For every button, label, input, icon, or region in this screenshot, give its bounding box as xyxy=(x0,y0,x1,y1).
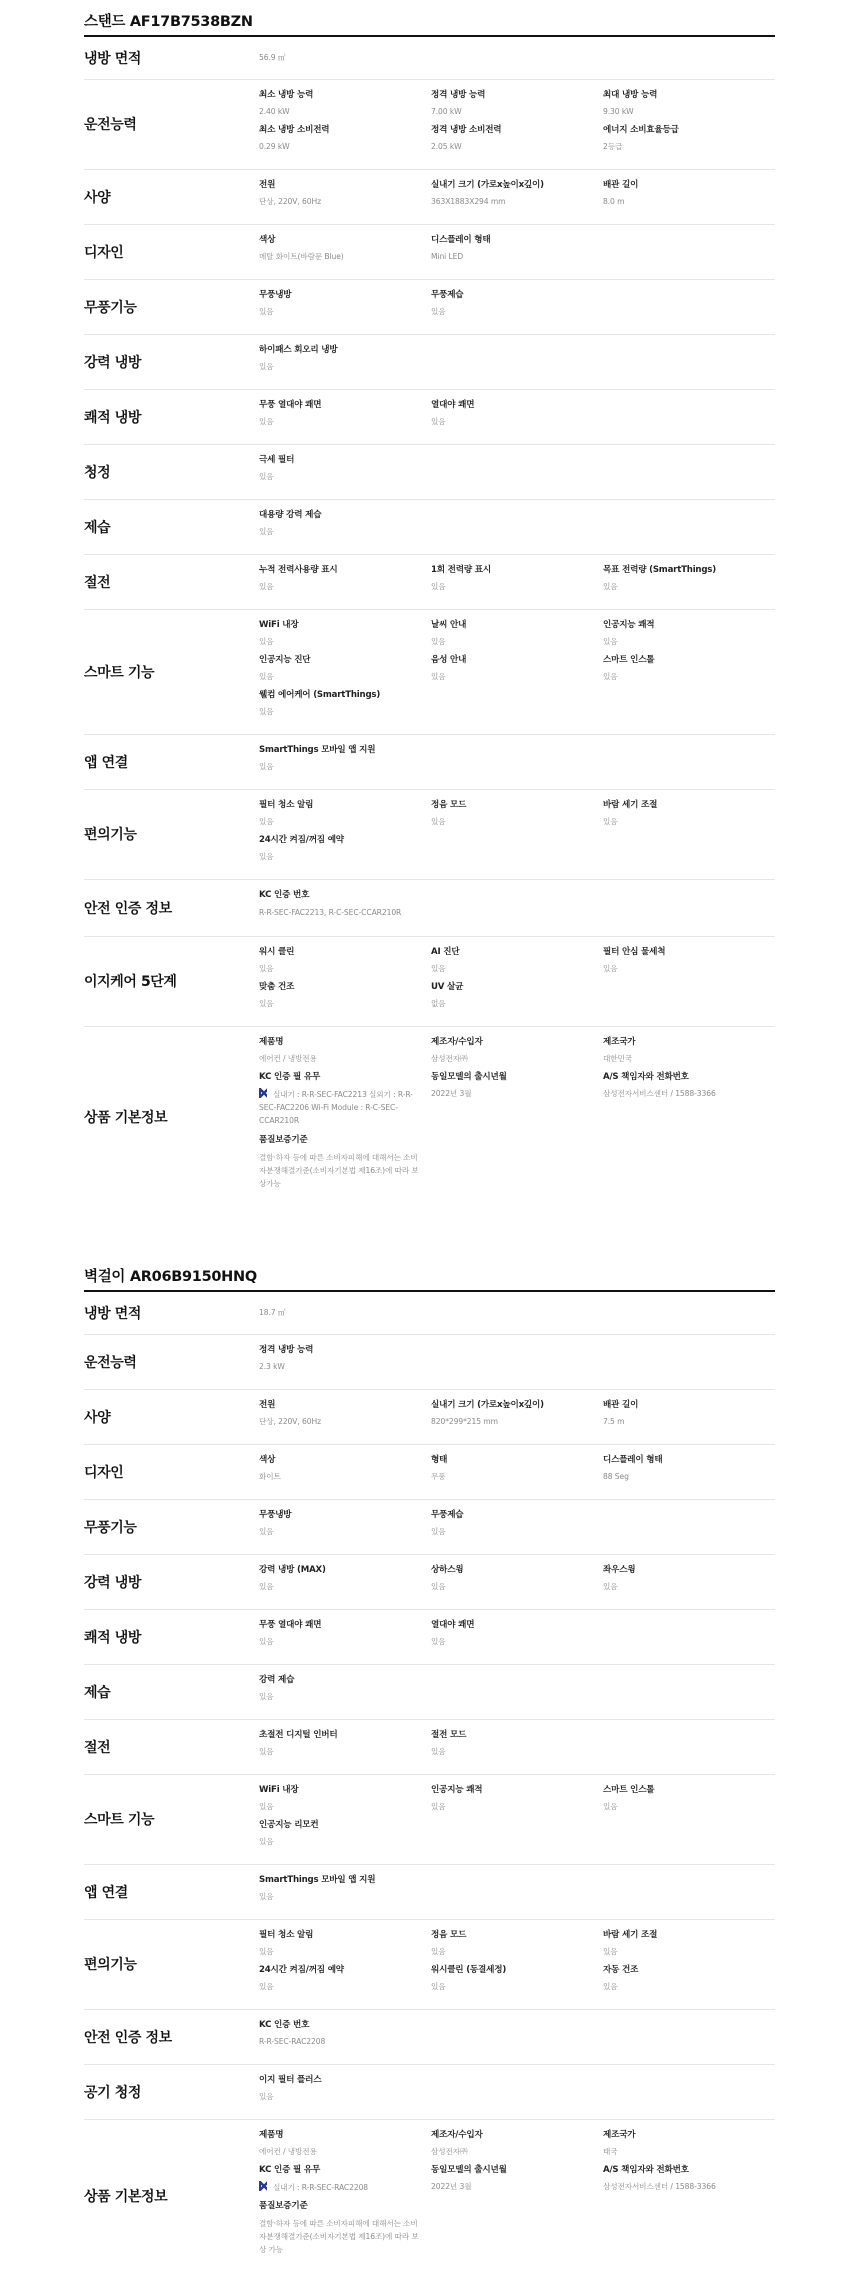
spec-item: A/S 책임자와 전화번호삼성전자서비스센터 / 1588-3366 xyxy=(603,1071,775,1134)
spec-item-value-wrap: 있음 xyxy=(259,706,423,717)
spec-item-label: 필터 청소 알림 xyxy=(259,799,423,811)
spec-item: KC 인증 번호R-R-SEC-RAC2208 xyxy=(259,2019,431,2054)
spec-item-value: 9.30 kW xyxy=(603,107,634,116)
spec-item-label: 실내기 크기 (가로x높이x깊이) xyxy=(431,1399,595,1411)
spec-item-value: 결함·하자 등에 따른 소비자피해에 대해서는 소비자분쟁해결기준(소비자기본법… xyxy=(259,2219,419,2254)
spec-category: 편의기능 xyxy=(84,824,259,844)
spec-row: 강력 냉방강력 냉방 (MAX)있음상하스윙있음좌우스윙있음 xyxy=(84,1555,775,1610)
spec-items: 전원단상, 220V, 60Hz실내기 크기 (가로x높이x깊이)363X188… xyxy=(259,179,775,214)
spec-item-value: 있음 xyxy=(259,672,273,681)
spec-item-value-wrap: 있음 xyxy=(431,581,595,592)
spec-item-value: 실내기 : R-R-SEC-FAC2213 실외기 : R-R-SEC-FAC2… xyxy=(259,1090,413,1125)
spec-item-label: 무풍냉방 xyxy=(259,289,423,301)
spec-item-label: 무풍제습 xyxy=(431,289,595,301)
spec-item-value: 있음 xyxy=(603,637,617,646)
product-title: 벽걸이 AR06B9150HNQ xyxy=(84,1255,775,1292)
spec-item-value: 88 Seg xyxy=(603,1472,629,1481)
spec-item-value-wrap: 있음 xyxy=(259,1946,423,1957)
spec-item-label: 필터 청소 알림 xyxy=(259,1929,423,1941)
spec-item: 최대 냉방 능력9.30 kW xyxy=(603,89,775,124)
spec-item-label: 정격 냉방 능력 xyxy=(431,89,595,101)
spec-item-label: 대용량 강력 제습 xyxy=(259,509,423,521)
spec-row: 사양전원단상, 220V, 60Hz실내기 크기 (가로x높이x깊이)820*2… xyxy=(84,1390,775,1445)
spec-category: 절전 xyxy=(84,1737,259,1757)
spec-category: 제습 xyxy=(84,1682,259,1702)
spec-item-label: 스마트 인스톨 xyxy=(603,1784,767,1796)
spec-category: 공기 청정 xyxy=(84,2082,259,2102)
spec-item: 무풍제습있음 xyxy=(431,289,603,324)
spec-item-value-wrap: 있음 xyxy=(431,1946,595,1957)
spec-item-label: 최소 냉방 능력 xyxy=(259,89,423,101)
spec-item-label: 최소 냉방 소비전력 xyxy=(259,124,423,136)
spec-item-label: 무풍 열대야 쾌면 xyxy=(259,399,423,411)
spec-item-label: 제품명 xyxy=(259,2129,423,2141)
spec-item-value-wrap: 0.29 kW xyxy=(259,141,423,152)
spec-item: 최소 냉방 능력2.40 kW xyxy=(259,89,431,124)
spec-item-label: 디스플레이 형태 xyxy=(431,234,595,246)
spec-items: 색상메탈 화이트(바람문 Blue)디스플레이 형태Mini LED xyxy=(259,234,775,269)
spec-item-value-wrap: 2등급 xyxy=(603,141,767,152)
spec-items: 56.9 ㎡ xyxy=(259,46,775,69)
spec-item-label: 무풍제습 xyxy=(431,1509,595,1521)
spec-item-label: 무풍냉방 xyxy=(259,1509,423,1521)
spec-row: 청정극세 필터있음 xyxy=(84,445,775,500)
spec-row: 디자인색상메탈 화이트(바람문 Blue)디스플레이 형태Mini LED xyxy=(84,225,775,280)
spec-item: 제조자/수입자삼성전자㈜ xyxy=(431,2129,603,2164)
spec-item-label: 무풍 열대야 쾌면 xyxy=(259,1619,423,1631)
spec-row: 사양전원단상, 220V, 60Hz실내기 크기 (가로x높이x깊이)363X1… xyxy=(84,170,775,225)
spec-item-value: 있음 xyxy=(259,417,273,426)
spec-item-label: 워시 클린 xyxy=(259,946,423,958)
spec-item-value-wrap: 88 Seg xyxy=(603,1471,767,1482)
spec-row: 냉방 면적18.7 ㎡ xyxy=(84,1292,775,1335)
spec-row: 쾌적 냉방무풍 열대야 쾌면있음열대야 쾌면있음 xyxy=(84,1610,775,1665)
spec-item-value-wrap: 있음 xyxy=(259,471,423,482)
spec-item-value: 있음 xyxy=(603,1982,617,1991)
spec-item-label: KC 인증 번호 xyxy=(259,889,423,901)
spec-item: 배관 길이7.5 m xyxy=(603,1399,775,1434)
spec-category: 디자인 xyxy=(84,242,259,262)
spec-items: 전원단상, 220V, 60Hz실내기 크기 (가로x높이x깊이)820*299… xyxy=(259,1399,775,1434)
spec-category: 냉방 면적 xyxy=(84,1303,259,1323)
spec-row: 강력 냉방하이패스 회오리 냉방있음 xyxy=(84,335,775,390)
spec-item-value-wrap: 있음 xyxy=(603,636,767,647)
spec-item-label: 정음 모드 xyxy=(431,1929,595,1941)
spec-item-value-wrap: 있음 xyxy=(259,1891,423,1902)
spec-item-value-wrap: 에어컨 / 냉방전용 xyxy=(259,2146,423,2157)
spec-item-label: 인공지능 쾌적 xyxy=(603,619,767,631)
spec-item: 좌우스윙있음 xyxy=(603,1564,775,1599)
spec-item: 실내기 크기 (가로x높이x깊이)820*299*215 mm xyxy=(431,1399,603,1434)
spec-item-value: 2.3 kW xyxy=(259,1362,285,1371)
spec-item-value: 있음 xyxy=(259,1982,273,1991)
spec-item: WiFi 내장있음 xyxy=(259,619,431,654)
spec-item: 인공지능 쾌적있음 xyxy=(431,1784,603,1819)
spec-item-value-wrap: 있음 xyxy=(259,998,423,1009)
spec-item: 극세 필터있음 xyxy=(259,454,431,489)
spec-item-value: 삼성전자서비스센터 / 1588-3366 xyxy=(603,2182,716,2191)
spec-item: 음성 안내있음 xyxy=(431,654,603,689)
spec-item: 인공지능 쾌적있음 xyxy=(603,619,775,654)
spec-item-value: 있음 xyxy=(603,1582,617,1591)
spec-item-value-wrap: 삼성전자㈜ xyxy=(431,2146,595,2157)
spec-item-value: 있음 xyxy=(431,1637,445,1646)
spec-category: 운전능력 xyxy=(84,114,259,134)
spec-item-value: 있음 xyxy=(431,1582,445,1591)
spec-item-value: 있음 xyxy=(259,852,273,861)
spec-item-label: 바람 세기 조절 xyxy=(603,799,767,811)
spec-item: 무풍 열대야 쾌면있음 xyxy=(259,1619,431,1654)
spec-item-value-wrap: 있음 xyxy=(603,963,767,974)
spec-item-label: 강력 제습 xyxy=(259,1674,423,1686)
spec-items: 대용량 강력 제습있음 xyxy=(259,509,775,544)
spec-item: 정음 모드있음 xyxy=(431,799,603,834)
spec-item-value: 8.0 m xyxy=(603,197,624,206)
spec-item-value-wrap: 삼성전자서비스센터 / 1588-3366 xyxy=(603,2181,767,2192)
spec-item-value-wrap: 있음 xyxy=(431,671,595,682)
spec-item: 바람 세기 조절있음 xyxy=(603,799,775,834)
spec-items: KC 인증 번호R-R-SEC-FAC2213, R-C-SEC-CCAR210… xyxy=(259,889,775,926)
spec-item-value-wrap: 결함·하자 등에 따른 소비자피해에 대해서는 소비자분쟁해결기준(소비자기본법… xyxy=(259,2217,423,2256)
spec-item: 실내기 크기 (가로x높이x깊이)363X1883X294 mm xyxy=(431,179,603,214)
spec-item-label: KC 인증 필 유무 xyxy=(259,1071,423,1083)
spec-item-label: A/S 책임자와 전화번호 xyxy=(603,2164,767,2176)
spec-item-label: 필터 안심 물세척 xyxy=(603,946,767,958)
spec-item: 최소 냉방 소비전력0.29 kW xyxy=(259,124,431,159)
spec-category: 안전 인증 정보 xyxy=(84,2027,259,2047)
spec-item-value-wrap: 있음 xyxy=(431,416,595,427)
spec-item-value: 있음 xyxy=(259,637,273,646)
spec-item-value-wrap: 2.40 kW xyxy=(259,106,423,117)
spec-row: 편의기능필터 청소 알림있음정음 모드있음바람 세기 조절있음24시간 켜짐/꺼… xyxy=(84,1920,775,2010)
spec-item-label: 맞춤 건조 xyxy=(259,981,423,993)
spec-item-value-wrap: 있음 xyxy=(603,1581,767,1592)
spec-item-value: 7.5 m xyxy=(603,1417,624,1426)
spec-category: 냉방 면적 xyxy=(84,48,259,68)
spec-item-label: 바람 세기 조절 xyxy=(603,1929,767,1941)
spec-items: 18.7 ㎡ xyxy=(259,1301,775,1324)
spec-items: 워시 클린있음AI 진단있음필터 안심 물세척있음맞춤 건조있음UV 살균없음 xyxy=(259,946,775,1016)
spec-row: 제습대용량 강력 제습있음 xyxy=(84,500,775,555)
spec-row: 무풍기능무풍냉방있음무풍제습있음 xyxy=(84,280,775,335)
spec-item-value-wrap: 없음 xyxy=(431,998,595,1009)
spec-value: 56.9 ㎡ xyxy=(259,52,285,63)
spec-item: 초절전 디지털 인버터있음 xyxy=(259,1729,431,1764)
spec-item: 상하스윙있음 xyxy=(431,1564,603,1599)
spec-item-label: 자동 건조 xyxy=(603,1964,767,1976)
spec-category: 이지케어 5단계 xyxy=(84,971,259,991)
spec-item-label: 인공지능 리모컨 xyxy=(259,1819,423,1831)
spec-category: 쾌적 냉방 xyxy=(84,1627,259,1647)
spec-item: 동일모델의 출시년월2022년 3월 xyxy=(431,1071,603,1134)
spec-item-value: 있음 xyxy=(259,1692,273,1701)
spec-item-value: 있음 xyxy=(603,964,617,973)
spec-item-value: 있음 xyxy=(431,672,445,681)
spec-item-value-wrap: 있음 xyxy=(259,1691,423,1702)
spec-category: 청정 xyxy=(84,462,259,482)
spec-item-value-wrap: 2.3 kW xyxy=(259,1361,423,1372)
spec-item-label: 워시클린 (동결세정) xyxy=(431,1964,595,1976)
spec-row: 안전 인증 정보KC 인증 번호R-R-SEC-FAC2213, R-C-SEC… xyxy=(84,880,775,937)
spec-item-value-wrap: 2022년 3월 xyxy=(431,1088,595,1099)
spec-item-value-wrap: 메탈 화이트(바람문 Blue) xyxy=(259,251,423,262)
spec-row: 스마트 기능WiFi 내장있음인공지능 쾌적있음스마트 인스톨있음인공지능 리모… xyxy=(84,1775,775,1865)
spec-item-value-wrap: 있음 xyxy=(259,761,423,772)
spec-item-value-wrap: 있음 xyxy=(259,526,423,537)
spec-item-value-wrap: 있음 xyxy=(259,1801,423,1812)
spec-item-value-wrap: 있음 xyxy=(431,306,595,317)
spec-items: 누적 전력사용량 표시있음1회 전력량 표시있음목표 전력량 (SmartThi… xyxy=(259,564,775,599)
spec-row: 편의기능필터 청소 알림있음정음 모드있음바람 세기 조절있음24시간 켜짐/꺼… xyxy=(84,790,775,880)
spec-item-value: 있음 xyxy=(259,362,273,371)
spec-item-value-wrap: 363X1883X294 mm xyxy=(431,196,595,207)
spec-item: 품질보증기준결함·하자 등에 따른 소비자피해에 대해서는 소비자분쟁해결기준(… xyxy=(259,2200,431,2263)
spec-item: 절전 모드있음 xyxy=(431,1729,603,1764)
spec-category: 안전 인증 정보 xyxy=(84,898,259,918)
spec-item: 열대야 쾌면있음 xyxy=(431,399,603,434)
spec-item-value-wrap: 단상, 220V, 60Hz xyxy=(259,1416,423,1427)
spec-item: 필터 안심 물세척있음 xyxy=(603,946,775,981)
spec-category: 운전능력 xyxy=(84,1352,259,1372)
spec-item-value-wrap: 있음 xyxy=(259,1981,423,1992)
spec-item-label: 제조자/수입자 xyxy=(431,1036,595,1048)
spec-item: 스마트 인스톨있음 xyxy=(603,1784,775,1819)
spec-item: 이지 필터 플러스있음 xyxy=(259,2074,431,2109)
spec-items: 무풍 열대야 쾌면있음열대야 쾌면있음 xyxy=(259,399,775,434)
spec-item: 하이패스 회오리 냉방있음 xyxy=(259,344,431,379)
spec-items: SmartThings 모바일 앱 지원있음 xyxy=(259,1874,775,1909)
spec-item-label: 초절전 디지털 인버터 xyxy=(259,1729,423,1741)
spec-item-value: 있음 xyxy=(259,307,273,316)
spec-item-value-wrap: 있음 xyxy=(259,636,423,647)
spec-item-label: 정격 냉방 능력 xyxy=(259,1344,423,1356)
spec-item-value: 있음 xyxy=(259,1527,273,1536)
spec-item: 제조국가태국 xyxy=(603,2129,775,2164)
spec-item-label: 정음 모드 xyxy=(431,799,595,811)
spec-items: 무풍 열대야 쾌면있음열대야 쾌면있음 xyxy=(259,1619,775,1654)
spec-item-value: 2.40 kW xyxy=(259,107,290,116)
spec-row: 안전 인증 정보KC 인증 번호R-R-SEC-RAC2208 xyxy=(84,2010,775,2065)
spec-item-value: 있음 xyxy=(603,1802,617,1811)
spec-item-value: 있음 xyxy=(259,2092,273,2101)
spec-row: 스마트 기능WiFi 내장있음날씨 안내있음인공지능 쾌적있음인공지능 진단있음… xyxy=(84,610,775,735)
spec-item: KC 인증 번호R-R-SEC-FAC2213, R-C-SEC-CCAR210… xyxy=(259,889,431,926)
spec-item-label: 목표 전력량 (SmartThings) xyxy=(603,564,767,576)
spec-item-label: WiFi 내장 xyxy=(259,1784,423,1796)
spec-item-value: R-R-SEC-FAC2213, R-C-SEC-CCAR210R xyxy=(259,908,401,917)
spec-item-label: 음성 안내 xyxy=(431,654,595,666)
spec-item-value-wrap: 있음 xyxy=(603,671,767,682)
spec-category: 상품 기본정보 xyxy=(84,1107,259,1127)
spec-item-value: 있음 xyxy=(431,1747,445,1756)
spec-item-value-wrap: 820*299*215 mm xyxy=(431,1416,595,1427)
spec-item-value-wrap: 있음 xyxy=(259,1636,423,1647)
spec-item-value-wrap: 있음 xyxy=(259,1581,423,1592)
spec-item-value-wrap: R-R-SEC-FAC2213, R-C-SEC-CCAR210R xyxy=(259,906,423,919)
spec-item-value-wrap: 있음 xyxy=(431,1581,595,1592)
spec-item: 1회 전력량 표시있음 xyxy=(431,564,603,599)
spec-item-value: 있음 xyxy=(259,1802,273,1811)
spec-items: 극세 필터있음 xyxy=(259,454,775,489)
spec-item-label: 강력 냉방 (MAX) xyxy=(259,1564,423,1576)
spec-item-label: 24시간 켜짐/꺼짐 예약 xyxy=(259,1964,423,1976)
spec-category: 사양 xyxy=(84,187,259,207)
spec-item: 누적 전력사용량 표시있음 xyxy=(259,564,431,599)
spec-item-label: KC 인증 필 유무 xyxy=(259,2164,423,2176)
spec-item-value-wrap: 삼성전자서비스센터 / 1588-3366 xyxy=(603,1088,767,1099)
spec-category: 스마트 기능 xyxy=(84,1809,259,1829)
spec-item: 워시클린 (동결세정)있음 xyxy=(431,1964,603,1999)
spec-item-value: 있음 xyxy=(259,1892,273,1901)
spec-item-value-wrap: 있음 xyxy=(259,416,423,427)
spec-category: 디자인 xyxy=(84,1462,259,1482)
spec-item-value: 있음 xyxy=(431,1802,445,1811)
spec-item-value: 있음 xyxy=(259,582,273,591)
spec-item-value: 있음 xyxy=(259,964,273,973)
spec-item: 색상화이트 xyxy=(259,1454,431,1489)
spec-item-label: 동일모델의 출시년월 xyxy=(431,2164,595,2176)
spec-item: 강력 냉방 (MAX)있음 xyxy=(259,1564,431,1599)
spec-item-value: 있음 xyxy=(259,707,273,716)
spec-item-value-wrap: 있음 xyxy=(431,1801,595,1812)
spec-item-value-wrap: 결함·하자 등에 따른 소비자피해에 대해서는 소비자분쟁해결기준(소비자기본법… xyxy=(259,1151,423,1190)
spec-item-value: 있음 xyxy=(431,582,445,591)
spec-category: 앱 연결 xyxy=(84,752,259,772)
spec-item-value-wrap: Mini LED xyxy=(431,251,595,262)
spec-item-label: UV 살균 xyxy=(431,981,595,993)
spec-value: 18.7 ㎡ xyxy=(259,1307,285,1318)
kc-mark-icon xyxy=(259,2181,267,2191)
spec-item-value-wrap: 있음 xyxy=(431,1981,595,1992)
spec-item-label: 스마트 인스톨 xyxy=(603,654,767,666)
spec-item-label: AI 진단 xyxy=(431,946,595,958)
spec-item-value: 있음 xyxy=(259,472,273,481)
spec-item-label: 전원 xyxy=(259,1399,423,1411)
spec-item: 대용량 강력 제습있음 xyxy=(259,509,431,544)
spec-item-label: 실내기 크기 (가로x높이x깊이) xyxy=(431,179,595,191)
spec-item-value-wrap: 있음 xyxy=(603,1946,767,1957)
spec-item-value: 태국 xyxy=(603,2147,617,2156)
spec-item-value: 있음 xyxy=(259,1947,273,1956)
spec-item-value-wrap: 있음 xyxy=(603,581,767,592)
spec-row: 이지케어 5단계워시 클린있음AI 진단있음필터 안심 물세척있음맞춤 건조있음… xyxy=(84,937,775,1027)
spec-item-value: 결함·하자 등에 따른 소비자피해에 대해서는 소비자분쟁해결기준(소비자기본법… xyxy=(259,1153,419,1188)
spec-item: 날씨 안내있음 xyxy=(431,619,603,654)
spec-item: 배관 길이8.0 m xyxy=(603,179,775,214)
spec-item-value: 있음 xyxy=(431,307,445,316)
spec-item-value-wrap: 있음 xyxy=(431,963,595,974)
spec-item-value-wrap: 실내기 : R-R-SEC-RAC2208 xyxy=(259,2181,423,2193)
spec-category: 편의기능 xyxy=(84,1954,259,1974)
spec-item: 디스플레이 형태Mini LED xyxy=(431,234,603,269)
spec-item-value: 2등급 xyxy=(603,142,622,151)
product-spec-section: 스탠드 AF17B7538BZN냉방 면적56.9 ㎡운전능력최소 냉방 능력2… xyxy=(84,0,775,1207)
spec-items: WiFi 내장있음날씨 안내있음인공지능 쾌적있음인공지능 진단있음음성 안내있… xyxy=(259,619,775,724)
spec-row: 무풍기능무풍냉방있음무풍제습있음 xyxy=(84,1500,775,1555)
spec-item-value: 있음 xyxy=(431,637,445,646)
spec-items: 무풍냉방있음무풍제습있음 xyxy=(259,289,775,324)
spec-item-value: 에어컨 / 냉방전용 xyxy=(259,1054,317,1063)
spec-items: SmartThings 모바일 앱 지원있음 xyxy=(259,744,775,779)
spec-item-label: 제조국가 xyxy=(603,2129,767,2141)
spec-row: 절전초절전 디지털 인버터있음절전 모드있음 xyxy=(84,1720,775,1775)
spec-item: 워시 클린있음 xyxy=(259,946,431,981)
spec-item-value: 있음 xyxy=(431,817,445,826)
spec-item: SmartThings 모바일 앱 지원있음 xyxy=(259,1874,431,1909)
spec-item-value-wrap: 9.30 kW xyxy=(603,106,767,117)
spec-item-value-wrap: 있음 xyxy=(603,1981,767,1992)
spec-item-value-wrap: 대한민국 xyxy=(603,1053,767,1064)
spec-item-label: A/S 책임자와 전화번호 xyxy=(603,1071,767,1083)
spec-item-value: 있음 xyxy=(259,1637,273,1646)
spec-category: 스마트 기능 xyxy=(84,662,259,682)
spec-item-value: 삼성전자㈜ xyxy=(431,2147,467,2156)
spec-item-value: 에어컨 / 냉방전용 xyxy=(259,2147,317,2156)
spec-item: 스마트 인스톨있음 xyxy=(603,654,775,689)
spec-item: 웰컴 에어케어 (SmartThings)있음 xyxy=(259,689,431,724)
spec-category: 무풍기능 xyxy=(84,297,259,317)
spec-item: 정격 냉방 소비전력2.05 kW xyxy=(431,124,603,159)
spec-item: 바람 세기 조절있음 xyxy=(603,1929,775,1964)
spec-item-label: 품질보증기준 xyxy=(259,2200,423,2212)
spec-item: 제품명에어컨 / 냉방전용 xyxy=(259,1036,431,1071)
spec-items: 무풍냉방있음무풍제습있음 xyxy=(259,1509,775,1544)
spec-items: 필터 청소 알림있음정음 모드있음바람 세기 조절있음24시간 켜짐/꺼짐 예약… xyxy=(259,799,775,869)
spec-items: 강력 냉방 (MAX)있음상하스윙있음좌우스윙있음 xyxy=(259,1564,775,1599)
spec-item-value-wrap: 있음 xyxy=(259,2091,423,2102)
spec-item-value-wrap: 있음 xyxy=(259,1836,423,1847)
spec-items: 초절전 디지털 인버터있음절전 모드있음 xyxy=(259,1729,775,1764)
spec-item-label: 형태 xyxy=(431,1454,595,1466)
spec-item-value: 있음 xyxy=(603,817,617,826)
spec-item-value: 있음 xyxy=(259,527,273,536)
spec-item: 정음 모드있음 xyxy=(431,1929,603,1964)
spec-row: 앱 연결SmartThings 모바일 앱 지원있음 xyxy=(84,735,775,790)
spec-item-label: 디스플레이 형태 xyxy=(603,1454,767,1466)
spec-item-value: 있음 xyxy=(431,1982,445,1991)
spec-items: WiFi 내장있음인공지능 쾌적있음스마트 인스톨있음인공지능 리모컨있음 xyxy=(259,1784,775,1854)
spec-item: 에너지 소비효율등급2등급 xyxy=(603,124,775,159)
spec-row: 냉방 면적56.9 ㎡ xyxy=(84,37,775,80)
spec-item-value: 있음 xyxy=(259,817,273,826)
spec-item: 목표 전력량 (SmartThings)있음 xyxy=(603,564,775,599)
spec-item-label: 이지 필터 플러스 xyxy=(259,2074,423,2086)
spec-item-value-wrap: 무풍 xyxy=(431,1471,595,1482)
spec-item-label: 극세 필터 xyxy=(259,454,423,466)
spec-category: 상품 기본정보 xyxy=(84,2186,259,2206)
spec-item-value: 삼성전자㈜ xyxy=(431,1054,467,1063)
spec-item-value: 단상, 220V, 60Hz xyxy=(259,197,321,206)
spec-item: 필터 청소 알림있음 xyxy=(259,799,431,834)
spec-item: 필터 청소 알림있음 xyxy=(259,1929,431,1964)
spec-item: KC 인증 필 유무실내기 : R-R-SEC-RAC2208 xyxy=(259,2164,431,2200)
spec-item-value: 무풍 xyxy=(431,1472,445,1481)
spec-item-value-wrap: 있음 xyxy=(259,581,423,592)
spec-item-label: 상하스윙 xyxy=(431,1564,595,1576)
spec-item-label: 좌우스윙 xyxy=(603,1564,767,1576)
spec-category: 사양 xyxy=(84,1407,259,1427)
spec-item: 자동 건조있음 xyxy=(603,1964,775,1999)
spec-item-value: 없음 xyxy=(431,999,445,1008)
spec-item-value-wrap: 있음 xyxy=(259,306,423,317)
spec-item-value: 실내기 : R-R-SEC-RAC2208 xyxy=(273,2183,368,2192)
spec-item-value: 있음 xyxy=(431,417,445,426)
spec-item-label: 웰컴 에어케어 (SmartThings) xyxy=(259,689,423,701)
spec-item-label: 동일모델의 출시년월 xyxy=(431,1071,595,1083)
spec-item: UV 살균없음 xyxy=(431,981,603,1016)
spec-item-value: 단상, 220V, 60Hz xyxy=(259,1417,321,1426)
spec-item-value: 메탈 화이트(바람문 Blue) xyxy=(259,252,344,261)
